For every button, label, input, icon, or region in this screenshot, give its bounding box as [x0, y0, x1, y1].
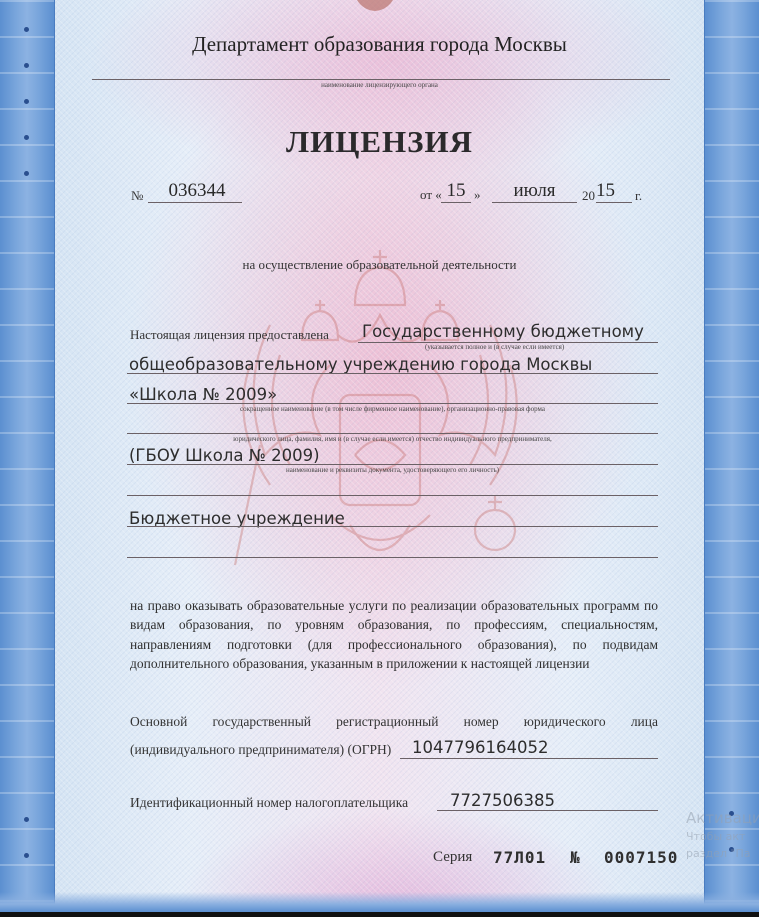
date-prefix: от «	[420, 187, 442, 203]
license-number: 036344	[152, 180, 242, 202]
ogrn-label-line-1: Основной государственный регистрационный…	[130, 714, 658, 730]
licensee-rule-8	[127, 557, 658, 558]
ornament-dot-icon	[24, 853, 29, 858]
number-underline	[148, 202, 242, 203]
date-year-unit: г.	[635, 188, 642, 204]
inn-value: 7727506385	[450, 791, 555, 810]
date-year-prefix: 20	[582, 188, 595, 204]
coat-of-arms-emblem-icon	[210, 245, 550, 585]
caption-legal-entity: юридического лица, фамилия, имя и (в слу…	[0, 435, 759, 443]
caption-short-name: сокращенное наименование (в том числе фи…	[0, 405, 759, 413]
ornament-dot-icon	[24, 63, 29, 68]
ogrn-label-line-2: (индивидуального предпринимателя) (ОГРН)	[130, 742, 391, 758]
number-label: №	[131, 188, 143, 204]
activity-type: на осуществление образовательной деятель…	[0, 257, 759, 273]
series-label: Серия	[433, 849, 472, 866]
granted-label: Настоящая лицензия предоставлена	[130, 327, 329, 343]
ornament-dot-icon	[24, 817, 29, 822]
date-year: 15	[596, 180, 630, 202]
licensee-line-3: «Школа № 2009»	[129, 385, 277, 404]
activation-watermark-line-1: Активация	[686, 809, 759, 827]
issuing-authority: Департамент образования города Москвы	[0, 32, 759, 57]
inn-underline	[437, 810, 658, 811]
activation-watermark-line-2: Чтобы акт	[686, 830, 745, 843]
licensee-rule-2	[127, 373, 658, 374]
document-title: ЛИЦЕНЗИЯ	[0, 124, 759, 160]
licensee-line-1: Государственному бюджетному	[362, 322, 644, 341]
ogrn-value: 1047796164052	[412, 738, 548, 757]
month-underline	[492, 202, 577, 203]
day-underline	[441, 202, 471, 203]
licensee-line-2: общеобразовательному учреждению города М…	[129, 355, 592, 374]
licensee-rule-3	[127, 403, 658, 404]
date-month: июля	[492, 180, 577, 202]
licensee-rule-4	[127, 433, 658, 434]
inn-label: Идентификационный номер налогоплательщик…	[130, 795, 408, 811]
issuer-caption: наименование лицензирующего органа	[0, 81, 759, 89]
series-value: 77Л01	[493, 848, 546, 867]
rights-paragraph: на право оказывать образовательные услуг…	[130, 596, 658, 674]
activation-watermark-line-3: раздел "Па	[686, 847, 751, 860]
licensee-rule-5	[127, 464, 658, 465]
ornamental-border-bottom	[0, 892, 759, 912]
licensee-rule-6	[127, 495, 658, 496]
ornament-dot-icon	[24, 171, 29, 176]
crest-fragment-icon	[353, 0, 397, 12]
issuer-underline	[92, 79, 670, 80]
caption-full-name: (указывается полное и (в случае если име…	[425, 343, 564, 351]
date-day: 15	[441, 180, 471, 202]
caption-id-document: наименование и реквизиты документа, удос…	[0, 466, 759, 474]
licensee-line-5: (ГБОУ Школа № 2009)	[129, 446, 320, 465]
licensee-rule-7	[127, 526, 658, 527]
license-document: Департамент образования города Москвы на…	[0, 0, 759, 912]
year-underline	[596, 202, 632, 203]
ornament-dot-icon	[24, 99, 29, 104]
date-day-suffix: »	[474, 187, 481, 203]
ogrn-underline	[400, 758, 658, 759]
blank-number-value: 0007150	[604, 848, 678, 867]
blank-number-label: №	[570, 848, 581, 867]
